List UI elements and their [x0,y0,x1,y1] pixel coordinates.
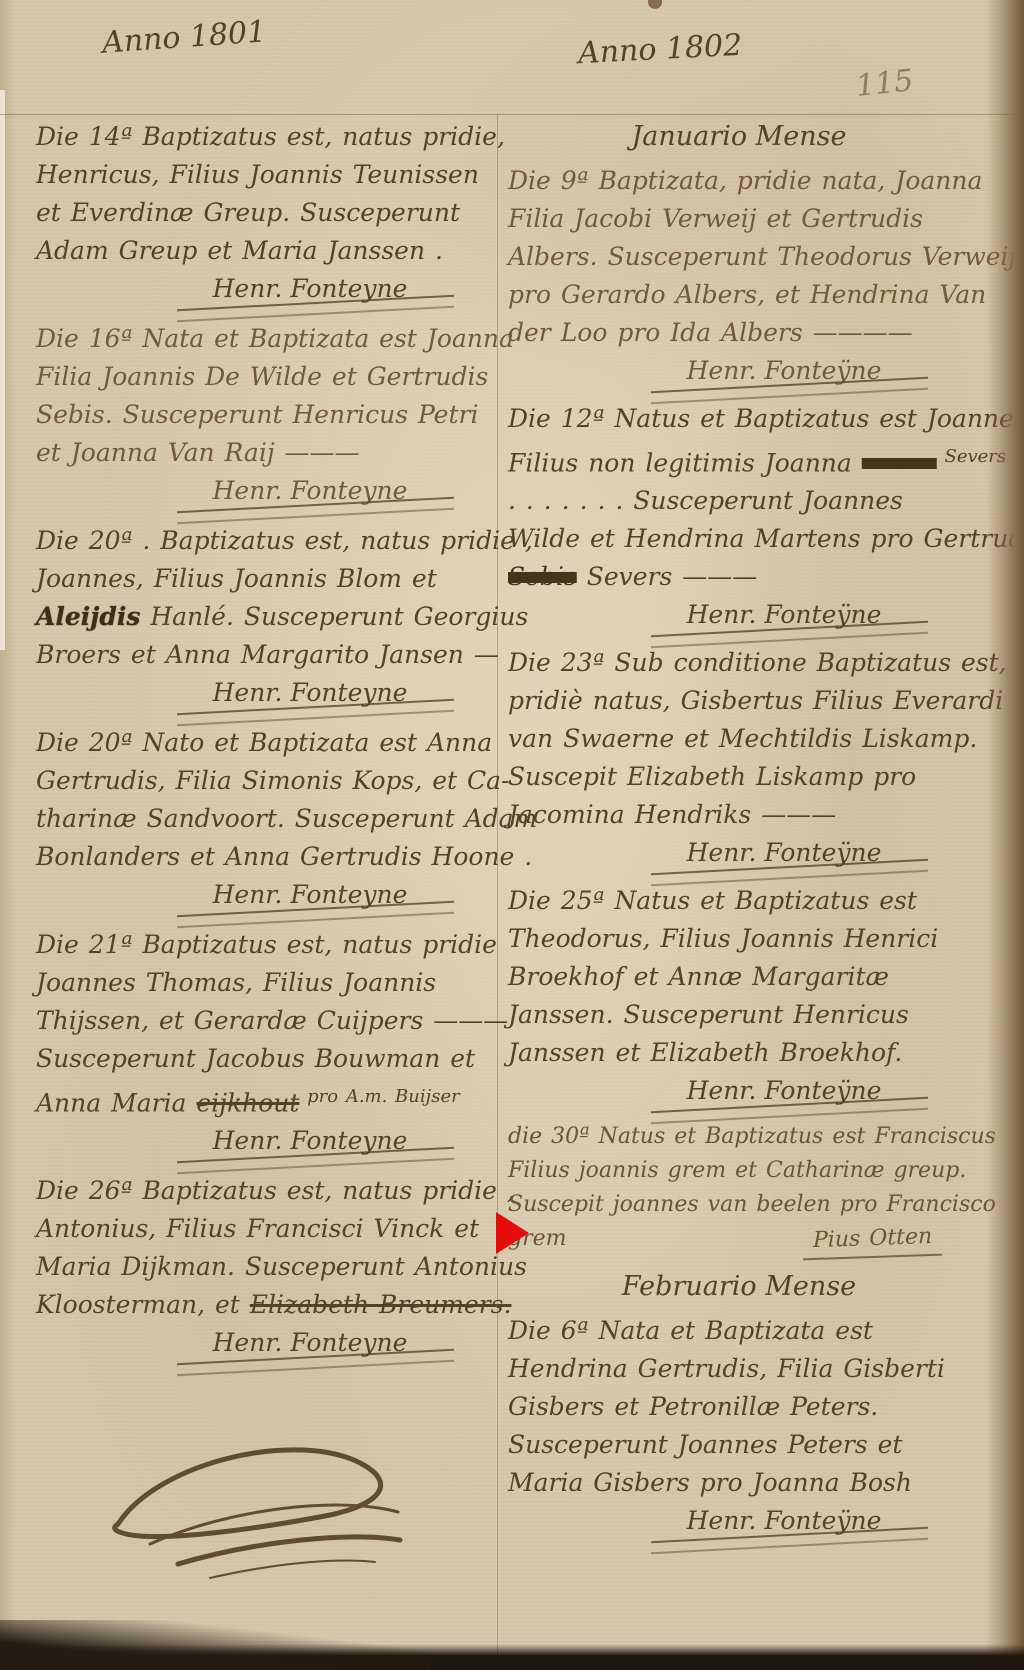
entry-line: Anna Maria eijkhout pro A.m. Buijser [36,1078,494,1122]
entry-line: Filia Joannis De Wilde et Gertrudis [36,358,494,396]
baptism-entry: Die 26ª Baptizatus est, natus pridie ,An… [36,1172,494,1362]
entry-line: Die 21ª Baptizatus est, natus pridie [36,926,494,964]
entry-line: pro Gerardo Albers, et Hendrina Van [508,276,970,314]
priest-signature: Henr. Fonteÿne [687,1502,882,1540]
signature-line: Henr. Fonteÿne [553,1502,1015,1540]
signature-line: Henr. Fonteyne [81,876,539,914]
priest-signature: Henr. Fonteÿne [687,596,882,634]
signature-line: Henr. Fonteÿne [553,1072,1015,1110]
entry-line: Die 16ª Nata et Baptizata est Joanna [36,320,494,358]
entry-line: Gisbers et Petronillæ Peters. [508,1388,970,1426]
baptism-entry: Die 20ª Nato et Baptizata est AnnaGertru… [36,724,494,914]
entry-line: Susceperunt Joannes Peters et [508,1426,970,1464]
priest-signature: Henr. Fonteÿne [687,1072,882,1110]
month-heading: Januario Mense [508,120,970,154]
entry-line: Henricus, Filius Joannis Teunissen [36,156,494,194]
entry-line: Sebis. Susceperunt Henricus Petri [36,396,494,434]
priest-signature: Henr. Fonteÿne [687,352,882,390]
entry-line: Janssen et Elizabeth Broekhof. [508,1034,970,1072]
priest-signature: Henr. Fonteyne [213,876,408,914]
entry-line: Die 23ª Sub conditione Baptizatus est, [508,644,970,682]
manuscript-page: Anno 1801 Anno 1802 115 Die 14ª Baptizat… [0,0,1024,1670]
baptism-entry: Die 23ª Sub conditione Baptizatus est,pr… [508,644,970,872]
baptism-entry: Die 14ª Baptizatus est, natus pridie,Hen… [36,118,494,308]
entry-line: Janssen. Susceperunt Henricus [508,996,970,1034]
pen-flourish [90,1412,430,1607]
entry-line: gremPius Otten [508,1222,970,1256]
entry-line: Wilde et Hendrina Martens pro Gertrude [508,520,970,558]
entry-line: Bonlanders et Anna Gertrudis Hoone . [36,838,494,876]
signature-line: Henr. Fonteÿne [553,352,1015,390]
page-bottom-left-shadow [0,1620,430,1670]
entry-line: Die 12ª Natus et Baptizatus est Joannes, [508,400,970,438]
entry-line: Theodorus, Filius Joannis Henrici [508,920,970,958]
signature-line: Henr. Fonteÿne [553,834,1015,872]
baptism-entry: Die 21ª Baptizatus est, natus pridieJoan… [36,926,494,1160]
entry-line: Susceperunt Jacobus Bouwman et [36,1040,494,1078]
year-heading-1801: Anno 1801 [101,14,267,60]
entry-line: Filius non legitimis Joanna ——— Severs e… [508,438,970,482]
baptism-entry: die 30ª Natus et Baptizatus est Francisc… [508,1120,970,1256]
column-1801: Die 14ª Baptizatus est, natus pridie,Hen… [36,118,494,1374]
signature-line: Henr. Fonteyne [81,472,539,510]
red-arrow-marker [496,1212,529,1254]
entry-line: Die 25ª Natus et Baptizatus est [508,882,970,920]
entry-line: Sebis Severs ——— [508,558,970,596]
entry-line: van Swaerne et Mechtildis Liskamp. [508,720,970,758]
entry-line: Aleijdis Hanlé. Susceperunt Georgius [36,598,494,636]
entry-line: tharinæ Sandvoort. Susceperunt Adam [36,800,494,838]
signature-line: Henr. Fonteyne [81,1324,539,1362]
entry-line: pridiè natus, Gisbertus Filius Everardi [508,682,970,720]
entry-line: Adam Greup et Maria Janssen . [36,232,494,270]
priest-signature: Henr. Fonteyne [213,270,408,308]
entry-line: Joannes, Filius Joannis Blom et [36,560,494,598]
priest-signature: Henr. Fonteyne [213,1324,408,1362]
entry-line: Suscepit joannes van beelen pro Francisc… [508,1188,970,1222]
priest-signature: Henr. Fonteyne [213,674,408,712]
column-1802: Januario MenseDie 9ª Baptizata, pridie n… [508,120,970,1550]
signature-line: Henr. Fonteÿne [553,596,1015,634]
entry-line: . . . . . . . Susceperunt Joannes [508,482,970,520]
entry-line: Suscepit Elizabeth Liskamp pro [508,758,970,796]
baptism-entry: Die 25ª Natus et Baptizatus estTheodorus… [508,882,970,1110]
entry-line: Die 20ª . Baptizatus est, natus pridie , [36,522,494,560]
page-left-edge-highlight [0,90,5,650]
priest-signature: Henr. Fonteÿne [687,834,882,872]
page-right-edge [986,0,1024,1670]
baptism-entry: Die 6ª Nata et Baptizata estHendrina Ger… [508,1312,970,1540]
year-heading-1802: Anno 1802 [577,28,743,72]
baptism-entry: Die 16ª Nata et Baptizata est JoannaFili… [36,320,494,510]
entry-line: et Joanna Van Raij ——— [36,434,494,472]
entry-line: Maria Dijkman. Susceperunt Antonius [36,1248,494,1286]
month-heading: Februario Mense [508,1270,970,1304]
signature-line: Henr. Fonteyne [81,1122,539,1160]
entry-line: Die 26ª Baptizatus est, natus pridie , [36,1172,494,1210]
baptism-entry: Die 12ª Natus et Baptizatus est Joannes,… [508,400,970,634]
entry-line: Maria Gisbers pro Joanna Bosh [508,1464,970,1502]
entry-line: Gertrudis, Filia Simonis Kops, et Ca- [36,762,494,800]
entry-line: Die 14ª Baptizatus est, natus pridie, [36,118,494,156]
entry-line: Die 6ª Nata et Baptizata est [508,1312,970,1350]
entry-line: Filius joannis grem et Catharinæ greup. [508,1154,970,1188]
entry-line: Kloosterman, et Elizabeth Breumers. [36,1286,494,1324]
entry-line: Broers et Anna Margarito Jansen — [36,636,494,674]
entry-line: der Loo pro Ida Albers ———— [508,314,970,352]
header-rule [0,114,1024,115]
entry-line: Hendrina Gertrudis, Filia Gisberti [508,1350,970,1388]
signature-line: Henr. Fonteyne [81,270,539,308]
ink-blot [648,0,662,9]
priest-signature: Henr. Fonteyne [213,1122,408,1160]
baptism-entry: Die 20ª . Baptizatus est, natus pridie ,… [36,522,494,712]
baptism-entry: Die 9ª Baptizata, pridie nata, JoannaFil… [508,162,970,390]
priest-signature: Henr. Fonteyne [213,472,408,510]
entry-line: Antonius, Filius Francisci Vinck et [36,1210,494,1248]
entry-line: die 30ª Natus et Baptizatus est Francisc… [508,1120,970,1154]
signature-line: Henr. Fonteyne [81,674,539,712]
entry-line: Die 20ª Nato et Baptizata est Anna [36,724,494,762]
entry-line: Die 9ª Baptizata, pridie nata, Joanna [508,162,970,200]
page-number: 115 [854,63,915,104]
entry-line: et Everdinæ Greup. Susceperunt [36,194,494,232]
entry-line: Jacomina Hendriks ——— [508,796,970,834]
entry-line: Joannes Thomas, Filius Joannis [36,964,494,1002]
entry-line: Thijssen, et Gerardæ Cuijpers ——— [36,1002,494,1040]
entry-line: Filia Jacobi Verweij et Gertrudis [508,200,970,238]
entry-line: Broekhof et Annæ Margaritæ [508,958,970,996]
entry-line: Albers. Susceperunt Theodorus Verweij [508,238,970,276]
